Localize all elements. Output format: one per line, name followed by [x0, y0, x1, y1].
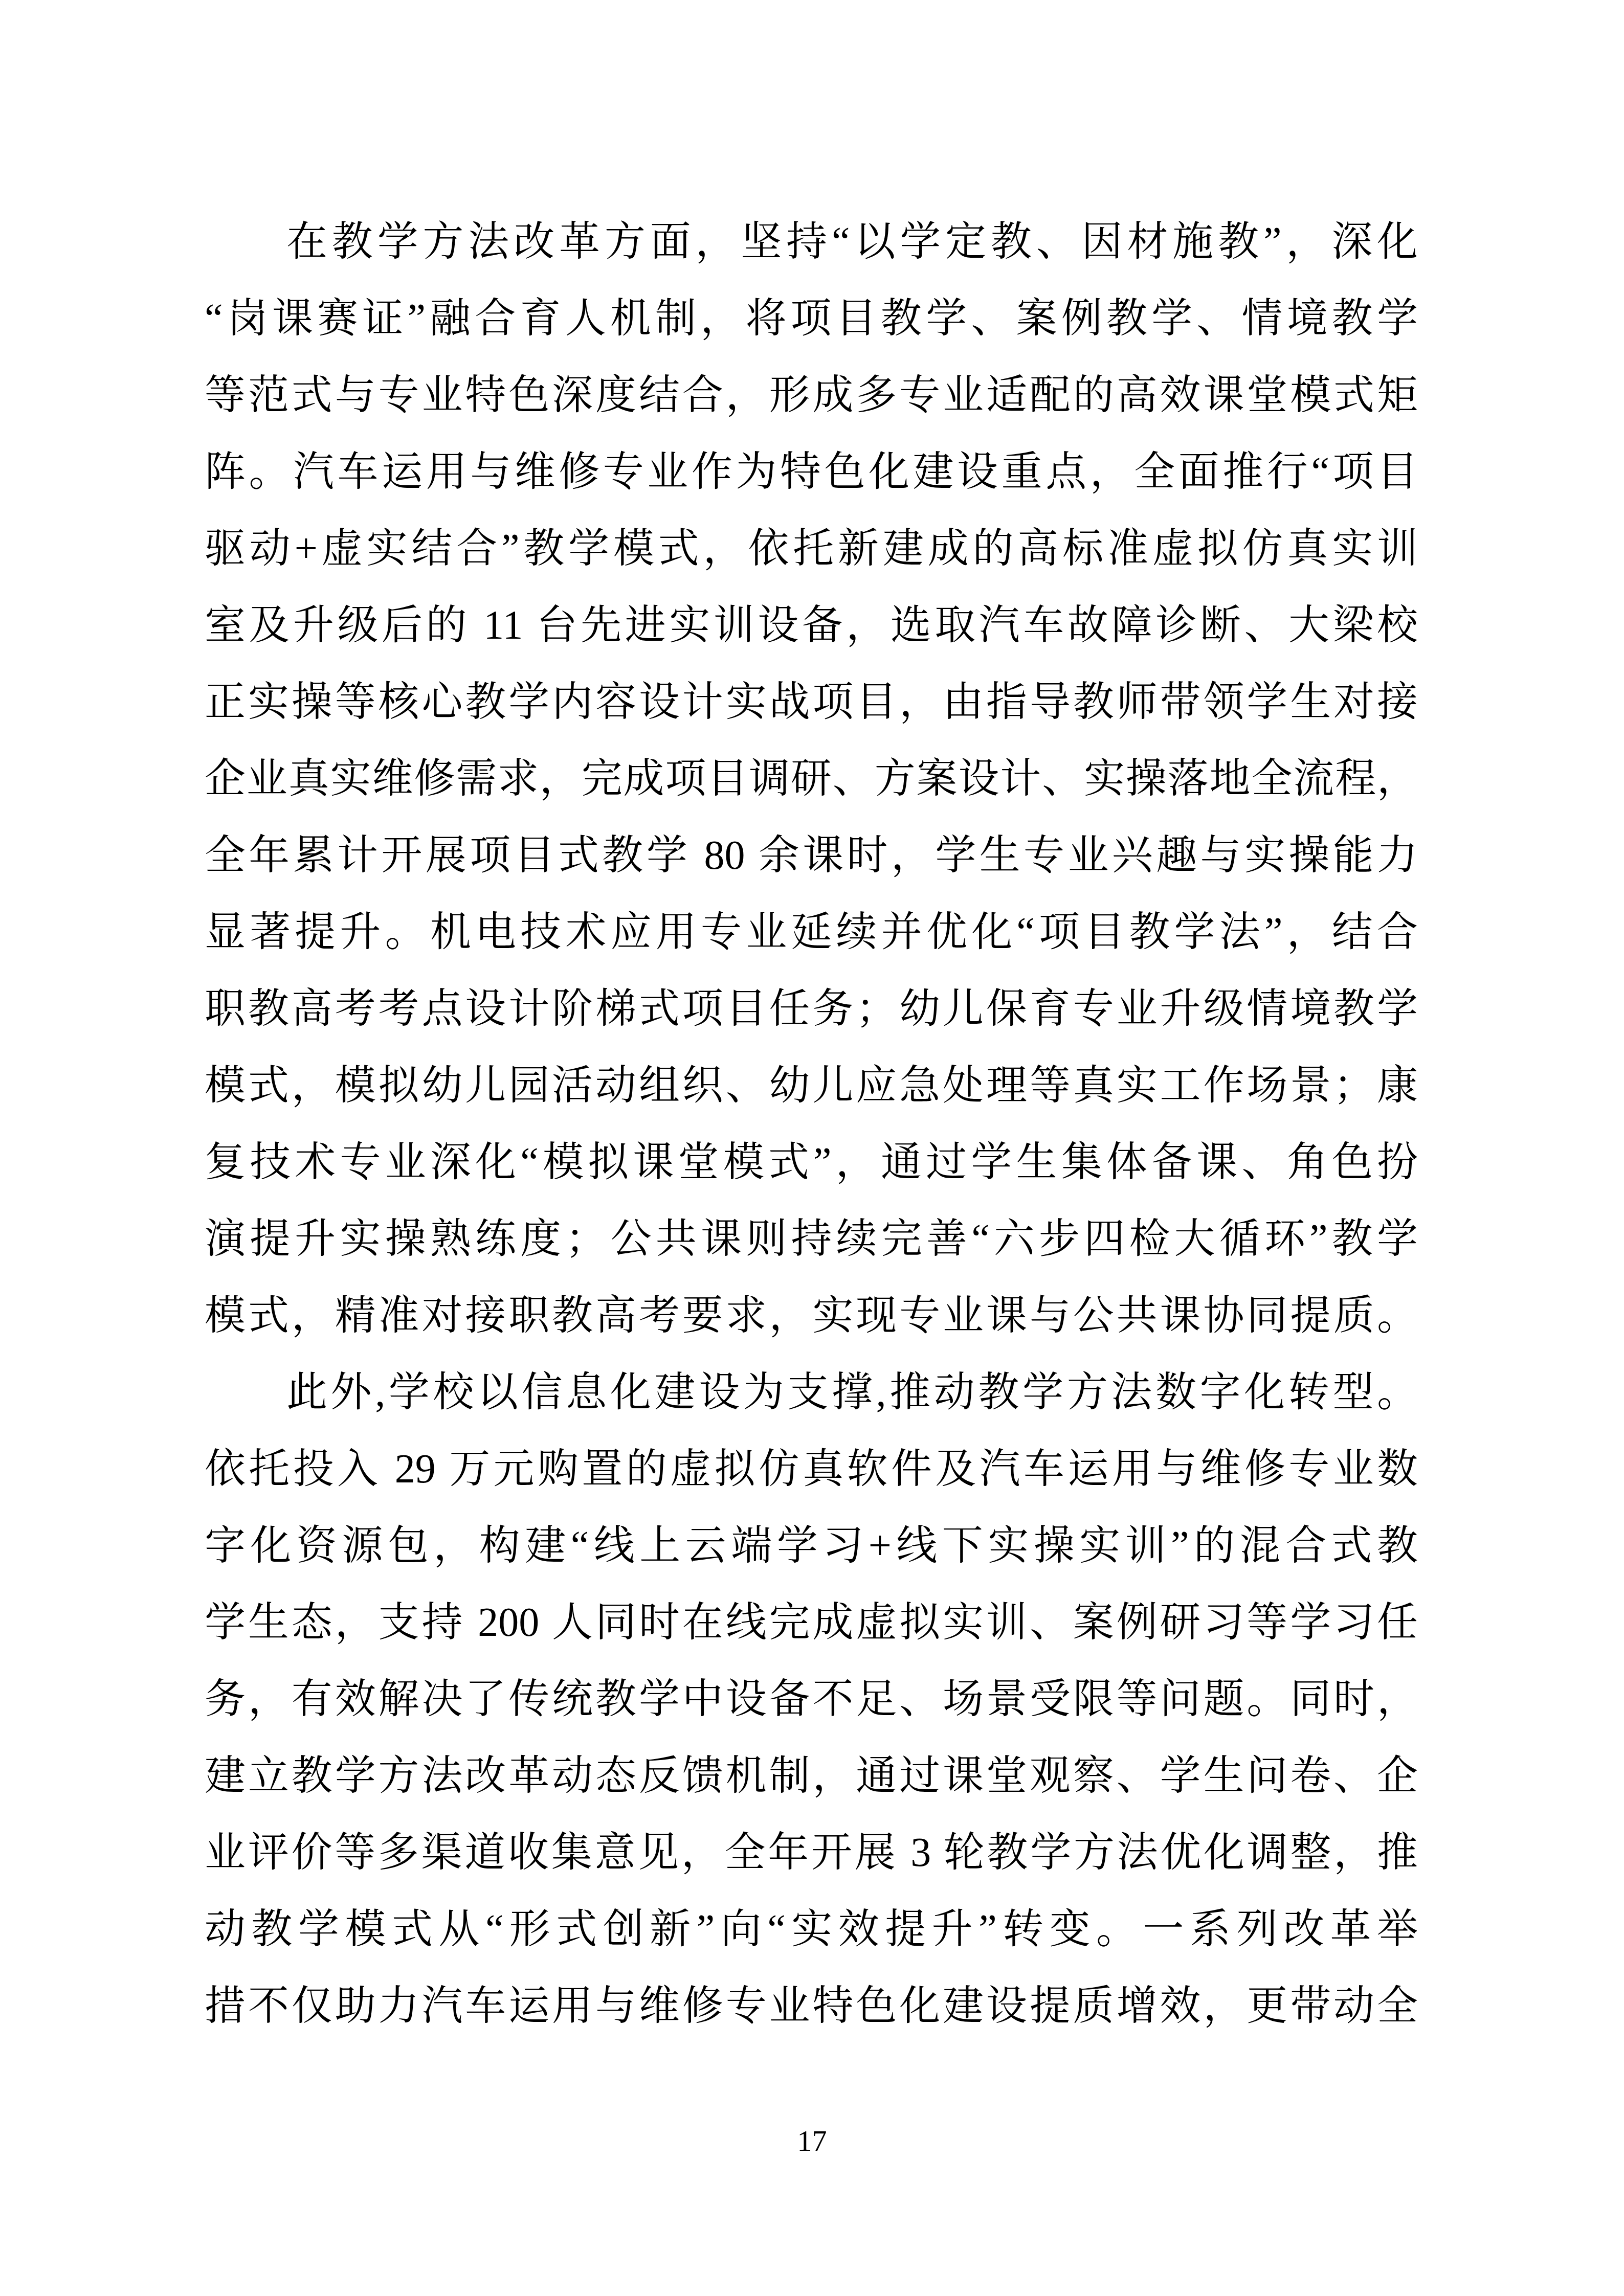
page-number: 17 [0, 2123, 1624, 2159]
text-line: 正实操等核心教学内容设计实战项目，由指导教师带领学生对接 [205, 664, 1418, 740]
text-line: 复技术专业深化“模拟课堂模式”，通过学生集体备课、角色扮 [205, 1124, 1418, 1201]
document-body: 在教学方法改革方面，坚持“以学定教、因材施教”，深化 “岗课赛证”融合育人机制，… [205, 204, 1418, 2044]
text-line: 企业真实维修需求，完成项目调研、方案设计、实操落地全流程， [205, 740, 1418, 817]
text-line: 学生态，支持 200 人同时在线完成虚拟实训、案例研习等学习任 [205, 1584, 1418, 1661]
text-line: 动教学模式从“形式创新”向“实效提升”转变。一系列改革举 [205, 1891, 1418, 1968]
text-line: 此外,学校以信息化建设为支撑,推动教学方法数字化转型。 [205, 1354, 1418, 1431]
text-line: 模式，精准对接职教高考要求，实现专业课与公共课协同提质。 [205, 1277, 1418, 1354]
text-line: 建立教学方法改革动态反馈机制，通过课堂观察、学生问卷、企 [205, 1738, 1418, 1814]
text-line: 全年累计开展项目式教学 80 余课时，学生专业兴趣与实操能力 [205, 817, 1418, 894]
text-line: 室及升级后的 11 台先进实训设备，选取汽车故障诊断、大梁校 [205, 587, 1418, 664]
text-line: 显著提升。机电技术应用专业延续并优化“项目教学法”，结合 [205, 894, 1418, 971]
text-line: 字化资源包，构建“线上云端学习+线下实操实训”的混合式教 [205, 1507, 1418, 1584]
text-line: 在教学方法改革方面，坚持“以学定教、因材施教”，深化 [205, 204, 1418, 280]
text-line: 模式，模拟幼儿园活动组织、幼儿应急处理等真实工作场景；康 [205, 1047, 1418, 1124]
text-line: 措不仅助力汽车运用与维修专业特色化建设提质增效，更带动全 [205, 1968, 1418, 2044]
text-line: 业评价等多渠道收集意见，全年开展 3 轮教学方法优化调整，推 [205, 1814, 1418, 1891]
text-line: 职教高考考点设计阶梯式项目任务；幼儿保育专业升级情境教学 [205, 971, 1418, 1047]
text-line: 务，有效解决了传统教学中设备不足、场景受限等问题。同时， [205, 1661, 1418, 1738]
text-line: 驱动+虚实结合”教学模式，依托新建成的高标准虚拟仿真实训 [205, 510, 1418, 587]
text-line: “岗课赛证”融合育人机制，将项目教学、案例教学、情境教学 [205, 280, 1418, 357]
text-line: 等范式与专业特色深度结合，形成多专业适配的高效课堂模式矩 [205, 357, 1418, 434]
document-page: 在教学方法改革方面，坚持“以学定教、因材施教”，深化 “岗课赛证”融合育人机制，… [0, 0, 1624, 2296]
text-line: 演提升实操熟练度；公共课则持续完善“六步四检大循环”教学 [205, 1201, 1418, 1277]
text-line: 依托投入 29 万元购置的虚拟仿真软件及汽车运用与维修专业数 [205, 1431, 1418, 1507]
text-line: 阵。汽车运用与维修专业作为特色化建设重点，全面推行“项目 [205, 434, 1418, 510]
